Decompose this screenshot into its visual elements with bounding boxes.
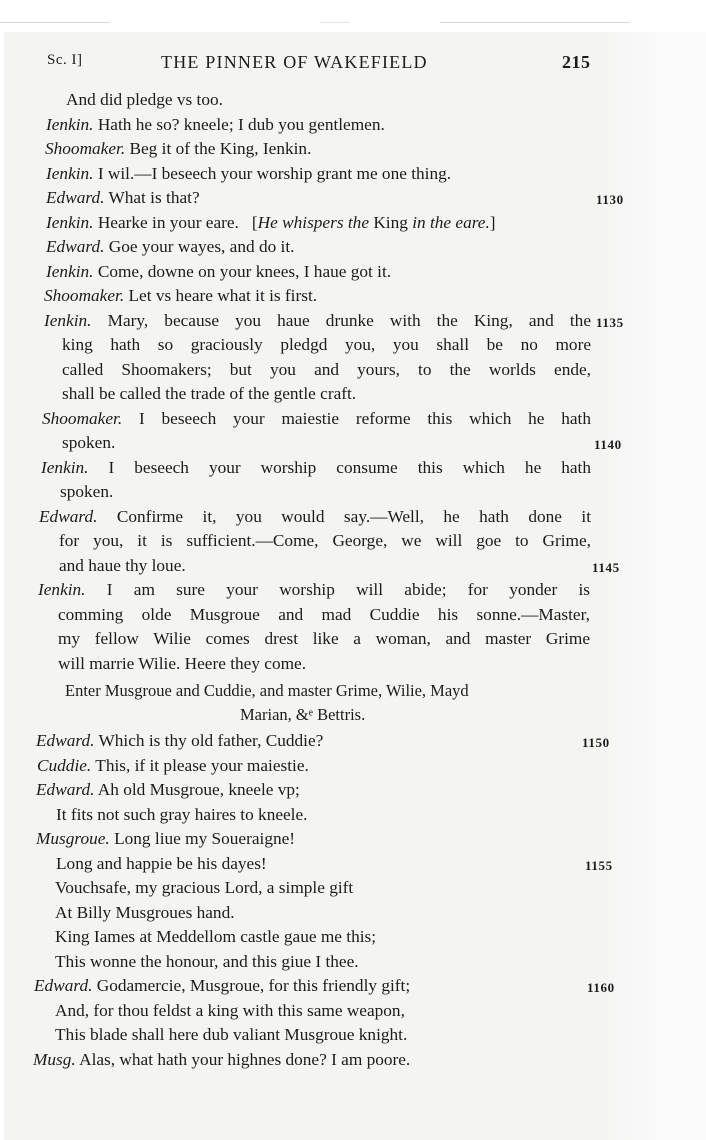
line-number: 1150	[582, 732, 610, 754]
speaker-name: Shoomaker.	[42, 409, 122, 428]
continuation-line: and haue thy loue.	[59, 555, 186, 577]
verse-line: This wonne the honour, and this giue I t…	[55, 951, 359, 973]
speaker-name: Musg.	[33, 1050, 76, 1069]
speaker-name: Edward.	[34, 976, 92, 995]
verse-line: King Iames at Meddellom castle gaue me t…	[55, 926, 376, 948]
continuation-line: called Shoomakers; but you and yours, to…	[62, 359, 591, 381]
line-text: This wonne the honour, and this giue I t…	[55, 952, 359, 971]
line-text: What is that?	[108, 188, 199, 207]
continuation-line: spoken.	[62, 432, 115, 454]
stage-conjunction: and	[176, 681, 200, 700]
continuation-line: my fellow Wilie comes drest like a woman…	[58, 628, 590, 650]
line-text: I beseech your maiestie reforme this whi…	[139, 409, 591, 428]
stage-direction-roman: King	[373, 213, 408, 232]
line-text: This, if it please your maiestie.	[95, 756, 309, 775]
line-text: Hath he so? kneele; I dub you gentlemen.	[98, 115, 385, 134]
line-number: 1155	[585, 855, 613, 877]
speaker-name: Ienkin.	[46, 164, 94, 183]
continuation-line: shall be called the trade of the gentle …	[62, 383, 356, 405]
verse-line: At Billy Musgroues hand.	[55, 902, 235, 924]
continuation-line: spoken.	[60, 481, 113, 503]
section-marker: Sc. I]	[47, 52, 83, 69]
speaker-name: Ienkin.	[46, 213, 94, 232]
line-number: 1160	[587, 977, 615, 999]
speaker-name: Edward.	[39, 507, 97, 526]
speaker-name: Ienkin.	[38, 580, 86, 599]
line-text: and haue thy loue.	[59, 556, 186, 575]
speech-line: Musgroue. Long liue my Soueraigne!	[36, 828, 295, 850]
line-text: King Iames at Meddellom castle gaue me t…	[55, 927, 376, 946]
line-number: 1145	[592, 557, 620, 579]
stage-character: Musgroue	[105, 681, 172, 700]
verse-line: And did pledge vs too.	[66, 89, 223, 111]
line-text: comming olde Musgroue and mad Cuddie his…	[58, 605, 590, 624]
page-title: THE PINNER OF WAKEFIELD	[161, 52, 428, 73]
line-number: 1140	[594, 434, 622, 456]
speaker-name: Ienkin.	[41, 458, 89, 477]
speaker-name: Musgroue.	[36, 829, 110, 848]
speaker-name: Ienkin.	[46, 115, 94, 134]
speech-line: Edward. Godamercie, Musgroue, for this f…	[34, 975, 410, 997]
speech-line: Shoomaker. I beseech your maiestie refor…	[42, 408, 591, 430]
line-text: Come, downe on your knees, I haue got it…	[98, 262, 391, 281]
speech-line: Edward. Goe your wayes, and do it.	[46, 236, 294, 258]
speech-line: Shoomaker. Let vs heare what it is first…	[44, 285, 317, 307]
stage-bracket-close: ]	[490, 213, 496, 232]
stage-direction-italic: in the eare.	[412, 213, 490, 232]
line-text: Mary, because you haue drunke with the K…	[108, 311, 591, 330]
stage-character: Marian, &ᵉ Bettris.	[240, 705, 365, 724]
line-text: I am sure your worship will abide; for y…	[107, 580, 590, 599]
page-number: 215	[562, 52, 591, 73]
stage-conjunction: and master	[260, 681, 332, 700]
speaker-name: Shoomaker.	[44, 286, 124, 305]
stage-character: Cuddie,	[204, 681, 256, 700]
line-text: for you, it is sufficient.—Come, George,…	[59, 531, 591, 550]
speech-line: Edward. What is that?	[46, 187, 200, 209]
line-text: Vouchsafe, my gracious Lord, a simple gi…	[55, 878, 353, 897]
scan-top-margin	[0, 0, 706, 32]
line-text: will marrie Wilie. Heere they come.	[58, 654, 306, 673]
line-text: Long liue my Soueraigne!	[114, 829, 295, 848]
line-text: king hath so graciously pledgd you, you …	[62, 335, 591, 354]
verse-line: Long and happie be his dayes!	[56, 853, 267, 875]
continuation-line: comming olde Musgroue and mad Cuddie his…	[58, 604, 590, 626]
speech-line: Cuddie. This, if it please your maiestie…	[37, 755, 309, 777]
line-text: called Shoomakers; but you and yours, to…	[62, 360, 591, 379]
line-text: I wil.—I beseech your worship grant me o…	[98, 164, 451, 183]
scan-artifact-rule	[320, 22, 350, 23]
speech-line: Edward. Ah old Musgroue, kneele vp;	[36, 779, 300, 801]
speaker-name: Ienkin.	[44, 311, 92, 330]
stage-enter: Enter	[65, 681, 101, 700]
speaker-name: Shoomaker.	[45, 139, 125, 158]
line-text: It fits not such gray haires to kneele.	[56, 805, 307, 824]
continuation-line: for you, it is sufficient.—Come, George,…	[59, 530, 591, 552]
line-text: my fellow Wilie comes drest like a woman…	[58, 629, 590, 648]
speech-line: Ienkin. Hath he so? kneele; I dub you ge…	[46, 114, 385, 136]
speech-line: Ienkin. I am sure your worship will abid…	[38, 579, 590, 601]
speech-line: Ienkin. I beseech your worship consume t…	[41, 457, 591, 479]
speech-line: Edward. Confirme it, you would say.—Well…	[39, 506, 591, 528]
line-text: Godamercie, Musgroue, for this friendly …	[97, 976, 410, 995]
continuation-line: king hath so graciously pledgd you, you …	[62, 334, 591, 356]
line-text: shall be called the trade of the gentle …	[62, 384, 356, 403]
stage-character: Grime, Wilie, Mayd	[336, 681, 469, 700]
stage-direction-italic: He whispers the	[258, 213, 369, 232]
speaker-name: Edward.	[46, 188, 104, 207]
speech-line: Ienkin. I wil.—I beseech your worship gr…	[46, 163, 451, 185]
line-text: And did pledge vs too.	[66, 90, 223, 109]
line-text: This blade shall here dub valiant Musgro…	[55, 1025, 407, 1044]
verse-line: And, for thou feldst a king with this sa…	[55, 1000, 405, 1022]
line-text: Confirme it, you would say.—Well, he hat…	[117, 507, 591, 526]
line-text: spoken.	[60, 482, 113, 501]
line-text: Beg it of the King, Ienkin.	[129, 139, 311, 158]
line-text: Let vs heare what it is first.	[128, 286, 317, 305]
stage-direction: Enter Musgroue and Cuddie, and master Gr…	[65, 680, 469, 702]
line-text: At Billy Musgroues hand.	[55, 903, 235, 922]
line-text: Goe your wayes, and do it.	[109, 237, 295, 256]
scan-artifact-rule	[0, 22, 110, 23]
speaker-name: Ienkin.	[46, 262, 94, 281]
line-number: 1130	[596, 189, 624, 211]
line-text: Alas, what hath your highnes done? I am …	[79, 1050, 410, 1069]
line-text: I beseech your worship consume this whic…	[109, 458, 592, 477]
line-number: 1135	[596, 312, 624, 334]
speaker-name: Edward.	[36, 780, 94, 799]
verse-line: It fits not such gray haires to kneele.	[56, 804, 307, 826]
speech-line: Ienkin. Hearke in your eare. [He whisper…	[46, 212, 496, 234]
speaker-name: Edward.	[46, 237, 104, 256]
stage-direction: Marian, &ᵉ Bettris.	[240, 704, 365, 726]
speech-line: Edward. Which is thy old father, Cuddie?	[36, 730, 323, 752]
verse-line: Vouchsafe, my gracious Lord, a simple gi…	[55, 877, 353, 899]
speech-line: Ienkin. Come, downe on your knees, I hau…	[46, 261, 391, 283]
speaker-name: Cuddie.	[37, 756, 91, 775]
speech-line: Musg. Alas, what hath your highnes done?…	[33, 1049, 410, 1071]
line-text: spoken.	[62, 433, 115, 452]
verse-line: This blade shall here dub valiant Musgro…	[55, 1024, 407, 1046]
line-text: Which is thy old father, Cuddie?	[98, 731, 323, 750]
speaker-name: Edward.	[36, 731, 94, 750]
scan-artifact-rule	[440, 22, 630, 23]
line-text: Ah old Musgroue, kneele vp;	[98, 780, 300, 799]
speech-line: Ienkin. Mary, because you haue drunke wi…	[44, 310, 591, 332]
line-text: Hearke in your eare.	[98, 213, 239, 232]
line-text: And, for thou feldst a king with this sa…	[55, 1001, 405, 1020]
line-text: Long and happie be his dayes!	[56, 854, 267, 873]
continuation-line: will marrie Wilie. Heere they come.	[58, 653, 306, 675]
running-head: Sc. I] THE PINNER OF WAKEFIELD 215	[0, 52, 706, 76]
speech-line: Shoomaker. Beg it of the King, Ienkin.	[45, 138, 311, 160]
